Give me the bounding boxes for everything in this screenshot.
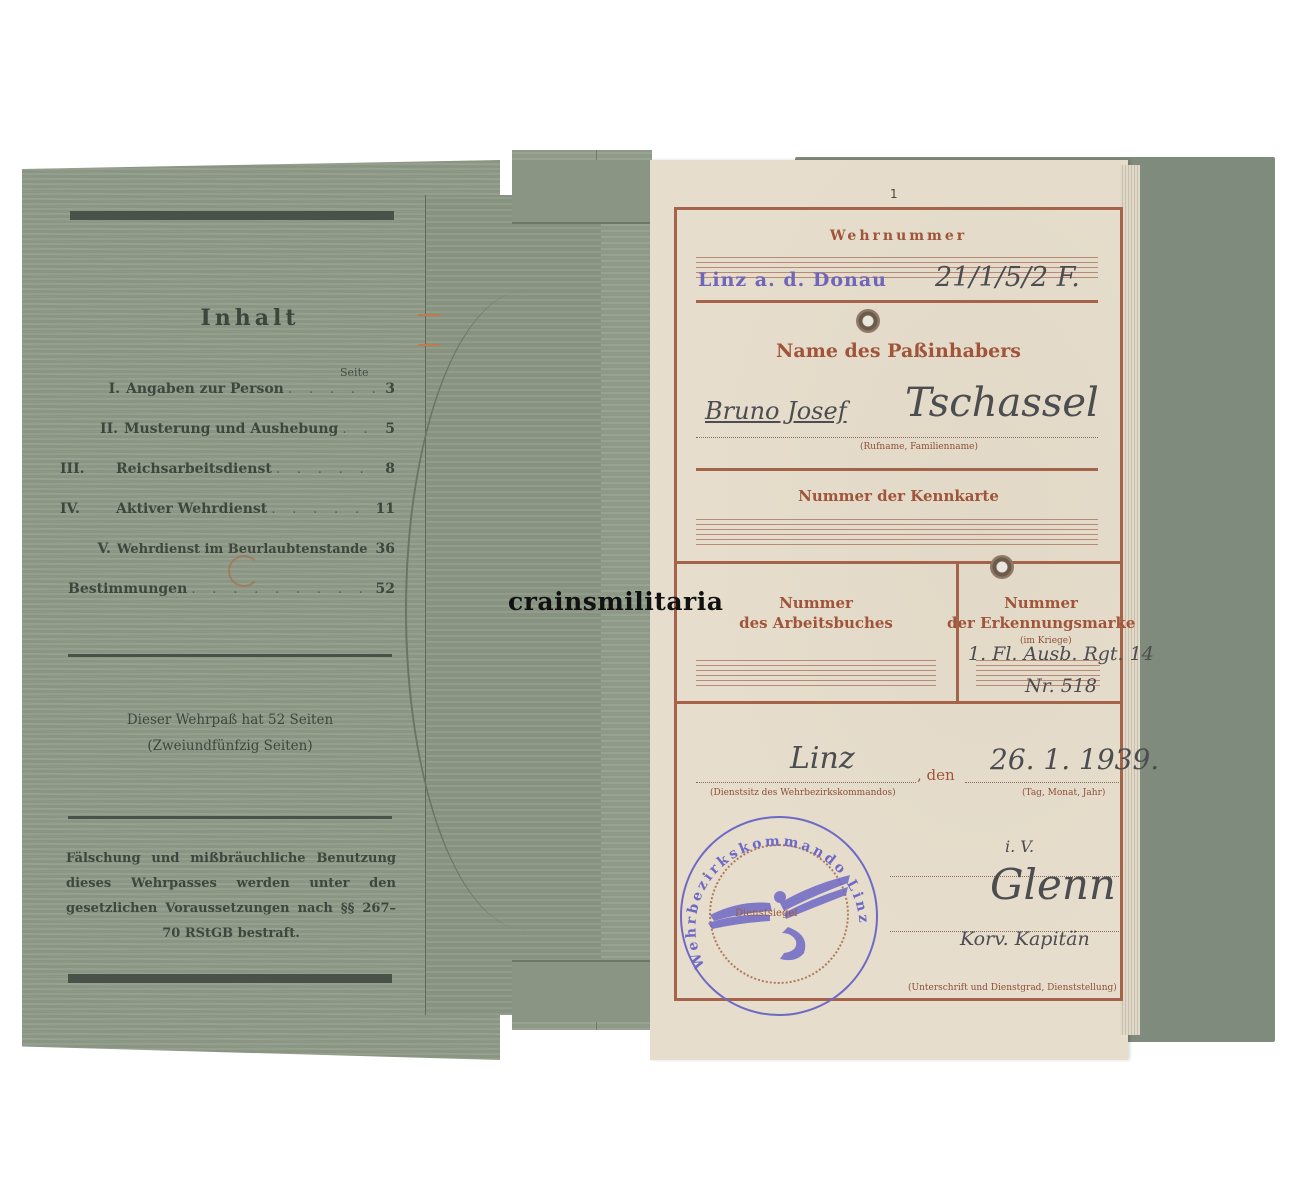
toc-page-column-label: Seite (340, 366, 369, 379)
wehrnummer-rule (696, 300, 1098, 303)
bottom-strap (512, 960, 652, 1022)
toc-row: Bestimmungen . . . . . . . . . . . . . 5… (68, 581, 395, 601)
den-label: , den (917, 766, 955, 784)
page-edges (1120, 165, 1140, 1035)
name-first: Bruno Josef (705, 397, 847, 425)
page-number: 1 (890, 187, 898, 201)
erkennungsmarke-value-2: Nr. 518 (1025, 675, 1097, 697)
rust-mark (418, 344, 440, 346)
wehrnummer-stamp: Linz a. d. Donau (698, 269, 887, 291)
seal-ring-text: Wehrbezirkskommando Linz (680, 816, 878, 1016)
wehrnummer-value: 21/1/5/2 F. (935, 262, 1080, 293)
toc-row: I. Angaben zur Person . . . . . . . . . … (60, 381, 395, 401)
cover-rule-bottom (68, 974, 392, 983)
date-caption: (Tag, Monat, Jahr) (1022, 788, 1105, 798)
rank-line: Korv. Kapitän (960, 928, 1090, 950)
boxes-rule (676, 701, 1121, 704)
date-value: 26. 1. 1939. (990, 743, 1159, 776)
signature-prefix: i. V. (1005, 837, 1034, 856)
toc-row: V. Wehrdienst im Beurlaubtenstande 36 (60, 541, 395, 561)
kennkarte-rule (676, 561, 1121, 564)
page-count-note: Dieser Wehrpaß hat 52 Seiten (Zweiundfün… (60, 707, 400, 759)
watermark-text: crainsmilitaria (508, 587, 723, 616)
kennkarte-lines (696, 519, 1098, 549)
cover-rule-lower (68, 816, 392, 819)
toc-title: Inhalt (40, 305, 460, 331)
toc-row: II. Musterung und Aushebung . . . . . . … (60, 421, 395, 441)
wehrnummer-label: Wehrnummer (674, 228, 1123, 244)
name-last: Tschassel (905, 380, 1099, 426)
top-strap (512, 160, 652, 224)
signature: Glenn (990, 860, 1116, 909)
place-dotted-line (696, 782, 916, 783)
place-caption: (Dienstsitz des Wehrbezirkskommandos) (710, 788, 896, 798)
rust-stain (228, 555, 260, 587)
erkennungsmarke-label: Nummer der Erkennungsmarke (959, 593, 1123, 633)
kennkarte-label: Nummer der Kennkarte (674, 487, 1123, 505)
erkennungsmarke-value-1: 1. Fl. Ausb. Rgt. 14 (968, 643, 1154, 665)
toc-row: IV. Aktiver Wehrdienst . . . . . . . . .… (60, 501, 395, 521)
grommet-top (856, 309, 880, 333)
signature-caption: (Unterschrift und Dienstgrad, Dienststel… (908, 983, 1117, 993)
cover-rule-top (70, 211, 394, 220)
grommet-middle (990, 555, 1014, 579)
name-label: Name des Paßinhabers (674, 340, 1123, 362)
arbeitsbuch-lines (696, 660, 936, 690)
date-dotted-line (965, 782, 1123, 783)
svg-text:Wehrbezirkskommando Linz: Wehrbezirkskommando Linz (683, 833, 871, 971)
place-value: Linz (790, 741, 855, 776)
rust-mark (418, 314, 440, 316)
cover-rule-middle (68, 654, 392, 657)
forgery-warning: Fälschung und mißbräuchliche Benutzung d… (66, 846, 396, 946)
toc-row: III. Reichsarbeitsdienst . . . . . . . .… (60, 461, 395, 481)
name-dotted-line (696, 437, 1098, 438)
name-caption: (Rufname, Familienname) (860, 442, 978, 452)
name-rule (696, 468, 1098, 471)
